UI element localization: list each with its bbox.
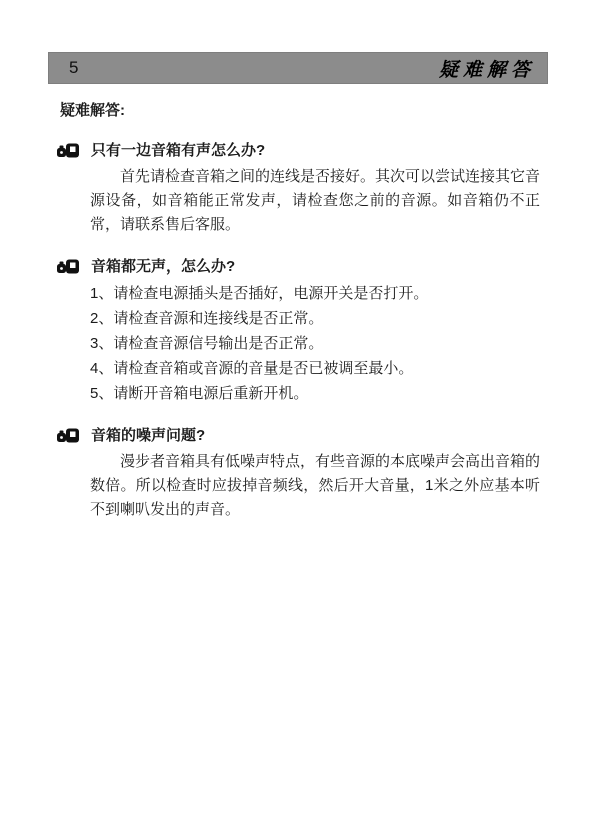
- faq-section-one-speaker: 只有一边音箱有声怎么办? 首先请检查音箱之间的连线是否接好。其次可以尝试连接其它…: [56, 141, 542, 237]
- faq-section-noise: 音箱的噪声问题? 漫步者音箱具有低噪声特点，有些音源的本底噪声会高出音箱的数倍。…: [56, 426, 542, 522]
- question-heading-row: 音箱的噪声问题?: [56, 426, 542, 445]
- page-content: 疑难解答: 只有一边音箱有声怎么办? 首先请检查音箱之间的连线是否接好。其次可以…: [56, 101, 542, 522]
- answer-body: 首先请检查音箱之间的连线是否接好。其次可以尝试连接其它音源设备，如音箱能正常发声…: [90, 165, 540, 237]
- answer-paragraph: 漫步者音箱具有低噪声特点，有些音源的本底噪声会高出音箱的数倍。所以检查时应拔掉音…: [90, 450, 540, 522]
- answer-paragraph: 首先请检查音箱之间的连线是否接好。其次可以尝试连接其它音源设备，如音箱能正常发声…: [90, 165, 540, 237]
- answer-list-item: 2、请检查音源和连接线是否正常。: [90, 306, 540, 331]
- answer-body: 1、请检查电源插头是否插好，电源开关是否打开。 2、请检查音源和连接线是否正常。…: [90, 281, 540, 406]
- question-heading: 音箱的噪声问题?: [91, 426, 205, 445]
- answer-list-item: 4、请检查音箱或音源的音量是否已被调至最小。: [90, 356, 540, 381]
- answer-list-item: 5、请断开音箱电源后重新开机。: [90, 381, 540, 406]
- question-heading: 音箱都无声，怎么办?: [91, 257, 235, 276]
- speaker-icon: [56, 427, 80, 444]
- page-header-bar: 5 疑难解答: [48, 52, 548, 84]
- question-heading-row: 只有一边音箱有声怎么办?: [56, 141, 542, 160]
- page-number: 5: [69, 58, 78, 78]
- answer-body: 漫步者音箱具有低噪声特点，有些音源的本底噪声会高出音箱的数倍。所以检查时应拔掉音…: [90, 450, 540, 522]
- question-heading: 只有一边音箱有声怎么办?: [91, 141, 265, 160]
- answer-list-item: 3、请检查音源信号输出是否正常。: [90, 331, 540, 356]
- manual-page: 5 疑难解答 疑难解答: 只有一边音箱有声怎么办? 首先请检查音箱之间的连线是否…: [0, 0, 600, 835]
- page-title: 疑难解答:: [60, 101, 542, 121]
- faq-section-no-sound: 音箱都无声，怎么办? 1、请检查电源插头是否插好，电源开关是否打开。 2、请检查…: [56, 257, 542, 406]
- speaker-icon: [56, 258, 80, 275]
- question-heading-row: 音箱都无声，怎么办?: [56, 257, 542, 276]
- header-section-title: 疑难解答: [439, 55, 535, 82]
- answer-list: 1、请检查电源插头是否插好，电源开关是否打开。 2、请检查音源和连接线是否正常。…: [90, 281, 540, 406]
- speaker-icon: [56, 142, 80, 159]
- answer-list-item: 1、请检查电源插头是否插好，电源开关是否打开。: [90, 281, 540, 306]
